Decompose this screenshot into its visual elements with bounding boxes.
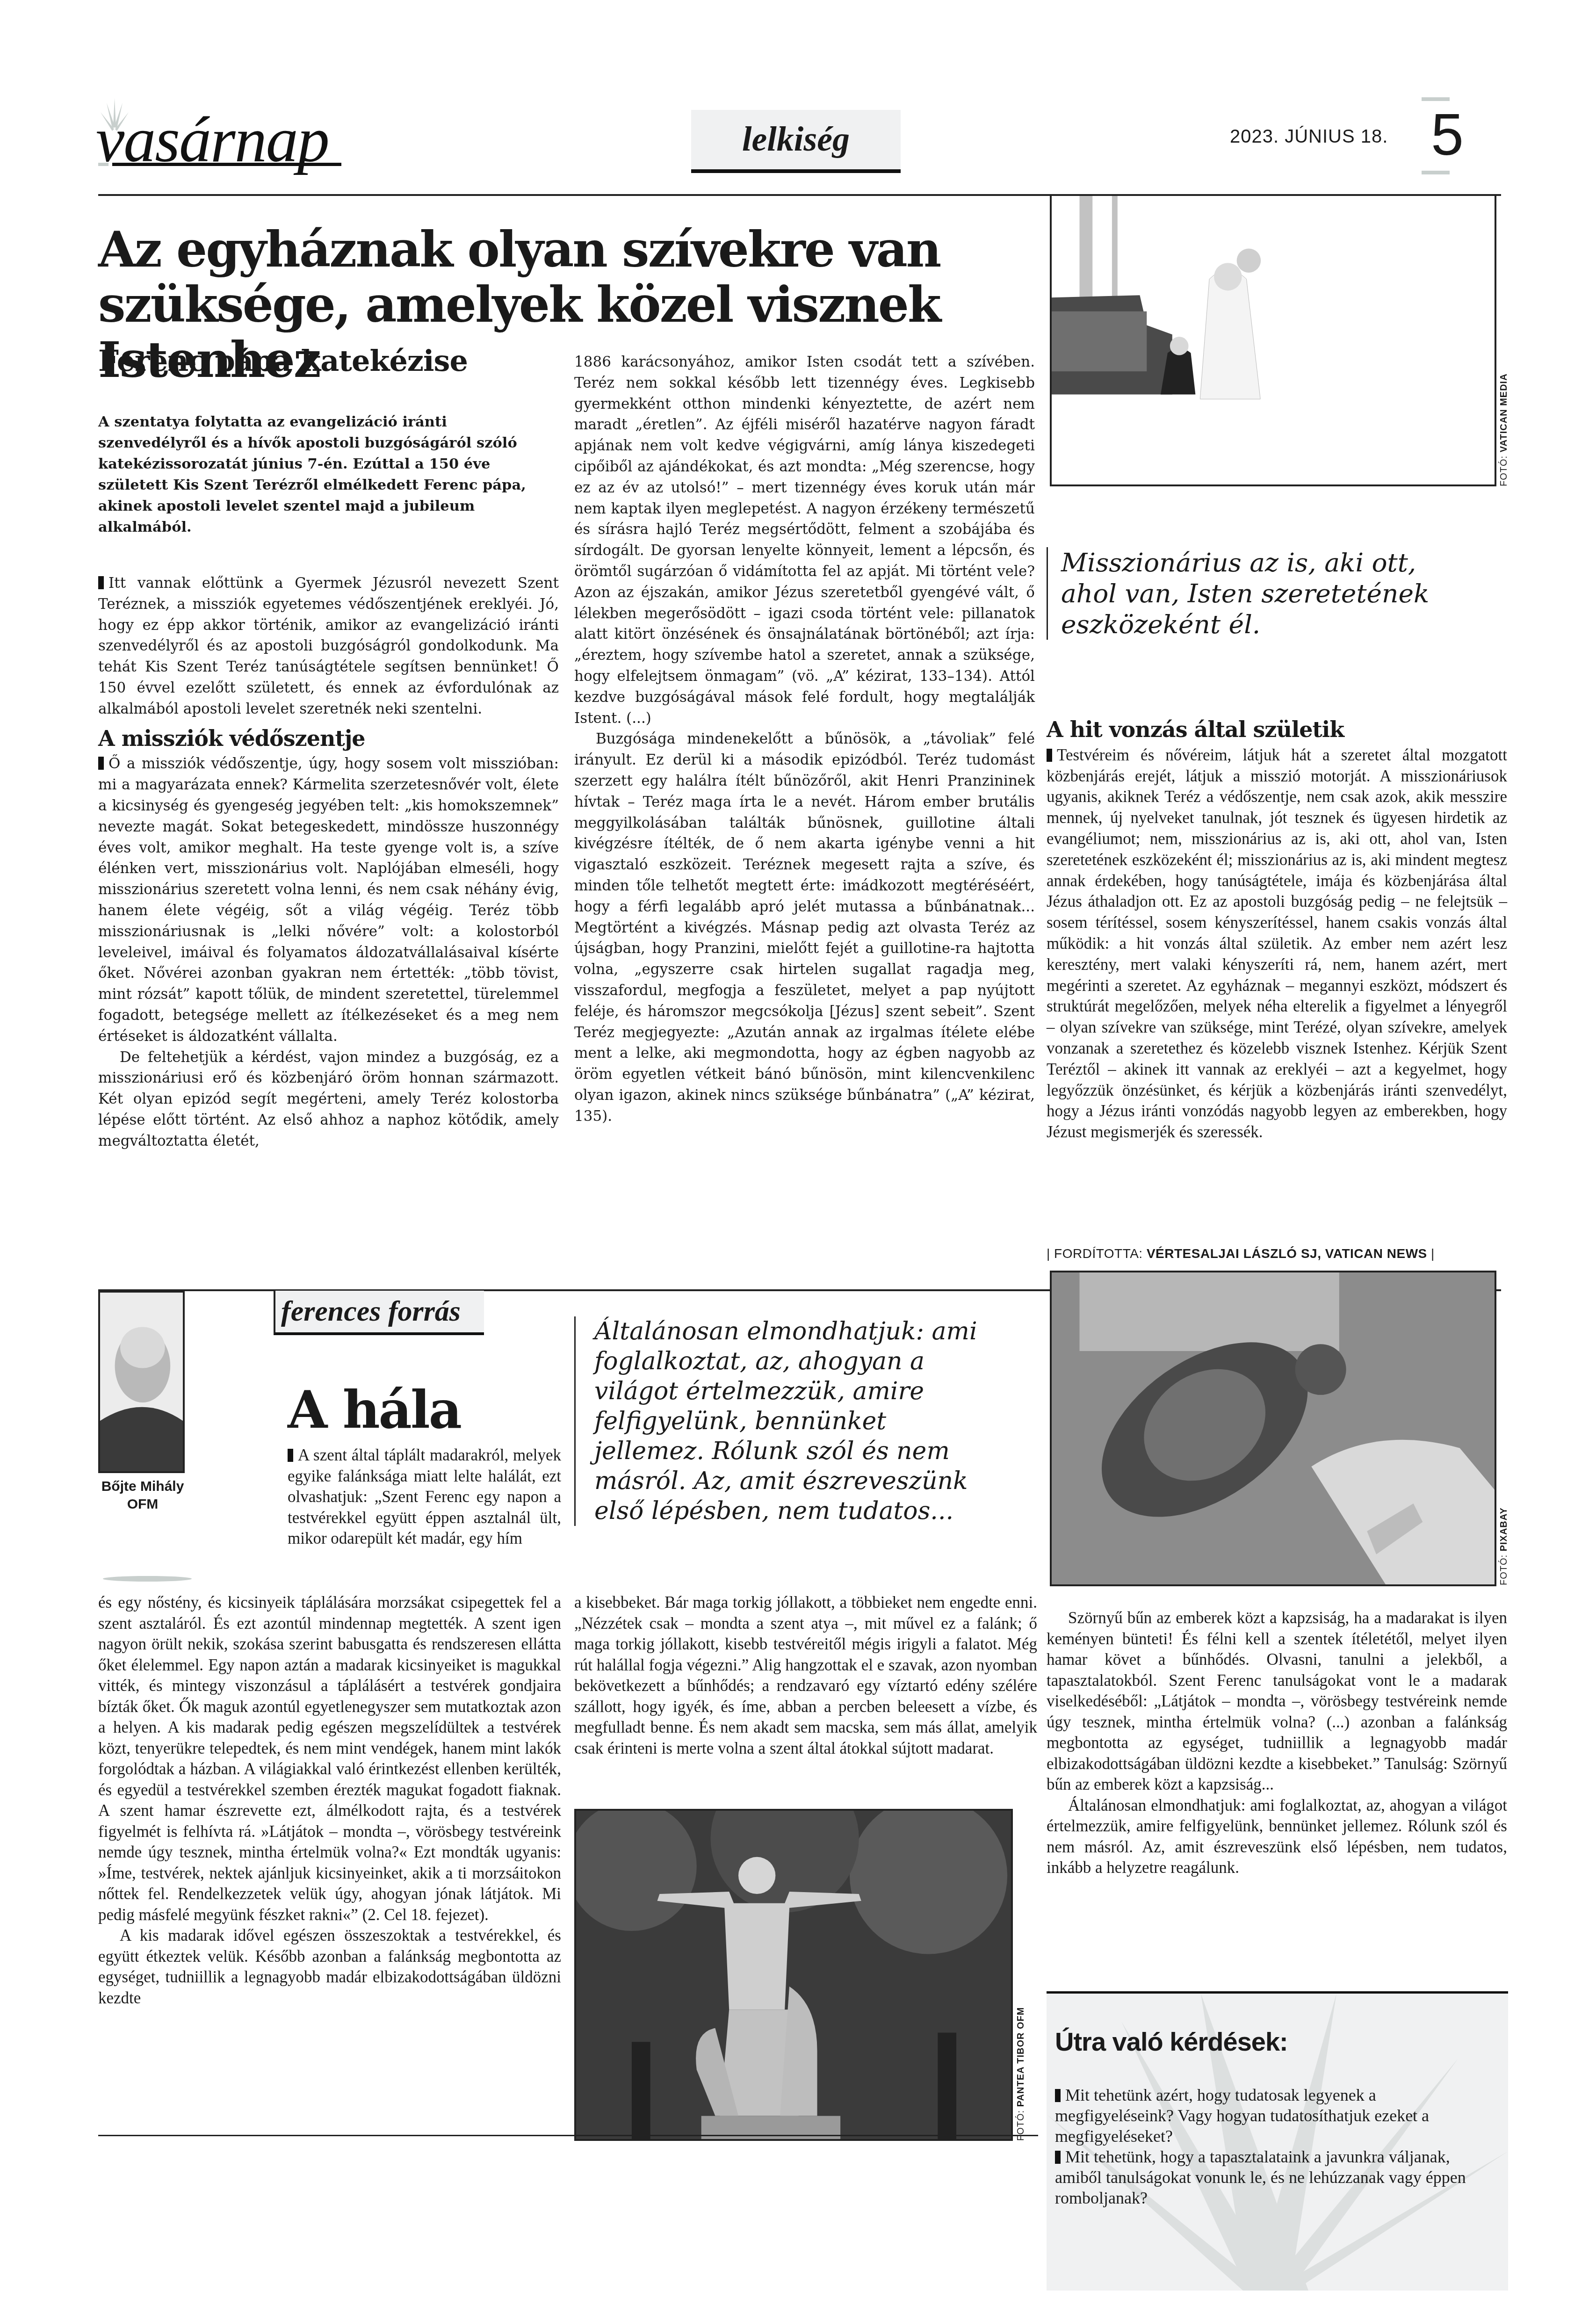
column-rubric: ferences forrás xyxy=(274,1291,484,1335)
photo-credit: FOTÓ: PANTEA TIBOR OFM xyxy=(1016,2007,1026,2141)
section-label: lelkiség xyxy=(691,110,901,173)
photo-credit: FOTÓ: VATICAN MEDIA xyxy=(1499,373,1509,486)
article-column-3: A hit vonzás által születik Testvéreim é… xyxy=(1047,711,1507,1143)
section-heading: A missziók védőszentje xyxy=(98,728,559,749)
pope-photo-image xyxy=(1052,196,1495,484)
reflection-questions-box: Útra való kérdések: Mit tehetünk azért, … xyxy=(1047,1991,1508,2291)
author-portrait xyxy=(98,1291,185,1473)
intro-paragraph: Itt vannak előttünk a Gyermek Jézusról n… xyxy=(98,573,559,720)
paragraph-marker-icon xyxy=(1055,2151,1061,2164)
paragraph: Ő a missziók védőszentje, úgy, hogy sose… xyxy=(98,753,559,1047)
article-lead: A szentatya folytatta az evangelizáció i… xyxy=(98,412,559,538)
article-column-2: 1886 karácsonyához, amikor Isten csodát … xyxy=(574,352,1035,1127)
paragraph: Általánosan elmondhatjuk: ami foglalkozt… xyxy=(1047,1795,1507,1879)
paragraph: 1886 karácsonyához, amikor Isten csodát … xyxy=(574,352,1035,729)
logo-underline xyxy=(112,163,341,166)
bottom-divider xyxy=(98,2135,1038,2136)
paragraph: Buzgósága mindenekelőtt a bűnösök, a „tá… xyxy=(574,729,1035,1127)
paragraph-marker-icon xyxy=(98,757,104,770)
paragraph: Szörnyű bűn az emberek közt a kapzsiság,… xyxy=(1047,1608,1507,1795)
pull-quote: Misszionárius az is, aki ott, ahol van, … xyxy=(1047,547,1467,640)
section-heading: A hit vonzás által születik xyxy=(1047,719,1507,740)
pigeon-feeding-photo xyxy=(1050,1271,1496,1586)
author-byline: Bőjte Mihály OFM xyxy=(98,1478,187,1513)
issue-date: 2023. JÚNIUS 18. xyxy=(1230,126,1388,147)
francis-statue-photo xyxy=(574,1809,1013,2141)
question-item: Mit tehetünk, hogy a tapasztalataink a j… xyxy=(1055,2147,1495,2208)
photo-credit: FOTÓ: PIXABAY xyxy=(1499,1507,1509,1585)
pull-quote: Általánosan elmondhatjuk: ami foglalkozt… xyxy=(574,1316,981,1526)
paragraph-marker-icon xyxy=(288,1449,293,1462)
article-column-1: Itt vannak előttünk a Gyermek Jézusról n… xyxy=(98,573,559,1152)
column-title: A hála xyxy=(288,1380,461,1440)
paragraph: A kis madarak idővel egészen összeszokta… xyxy=(98,1925,561,2009)
translator-credit: | FORDÍTOTTA: VÉRTESALJAI LÁSZLÓ SJ, VAT… xyxy=(1047,1246,1435,1261)
column-body-2: a kisebbeket. Bár maga torkig jóllakott,… xyxy=(574,1592,1037,1759)
column-body-1: és egy nőstény, és kicsinyeik táplálásár… xyxy=(98,1592,561,2009)
page-number: 5 xyxy=(1431,105,1464,164)
paragraph: Testvéreim és nővéreim, látjuk hát a sze… xyxy=(1047,745,1507,1143)
byline-separator xyxy=(103,1576,192,1582)
logo-rule-accent xyxy=(98,163,108,166)
pope-relics-photo xyxy=(1050,194,1496,486)
paragraph-marker-icon xyxy=(1047,749,1052,762)
article-subhead: Ferenc pápa katekézise xyxy=(98,344,468,378)
question-item: Mit tehetünk azért, hogy tudatosak legye… xyxy=(1055,2085,1495,2147)
paragraph-marker-icon xyxy=(98,576,104,589)
pigeon-photo-image xyxy=(1052,1272,1495,1584)
statue-photo-image xyxy=(576,1811,1011,2139)
column-body-3: Szörnyű bűn az emberek közt a kapzsiság,… xyxy=(1047,1608,1507,1879)
paragraph: és egy nőstény, és kicsinyeik táplálásár… xyxy=(98,1592,561,1925)
questions-title: Útra való kérdések: xyxy=(1055,2026,1288,2057)
column-intro: A szent által táplált madarakról, melyek… xyxy=(288,1445,561,1549)
paragraph: De feltehetjük a kérdést, vajon mindez a… xyxy=(98,1047,559,1152)
questions-list: Mit tehetünk azért, hogy tudatosak legye… xyxy=(1055,2085,1495,2208)
author-photo-image xyxy=(100,1293,183,1471)
paragraph-marker-icon xyxy=(1055,2089,1061,2102)
